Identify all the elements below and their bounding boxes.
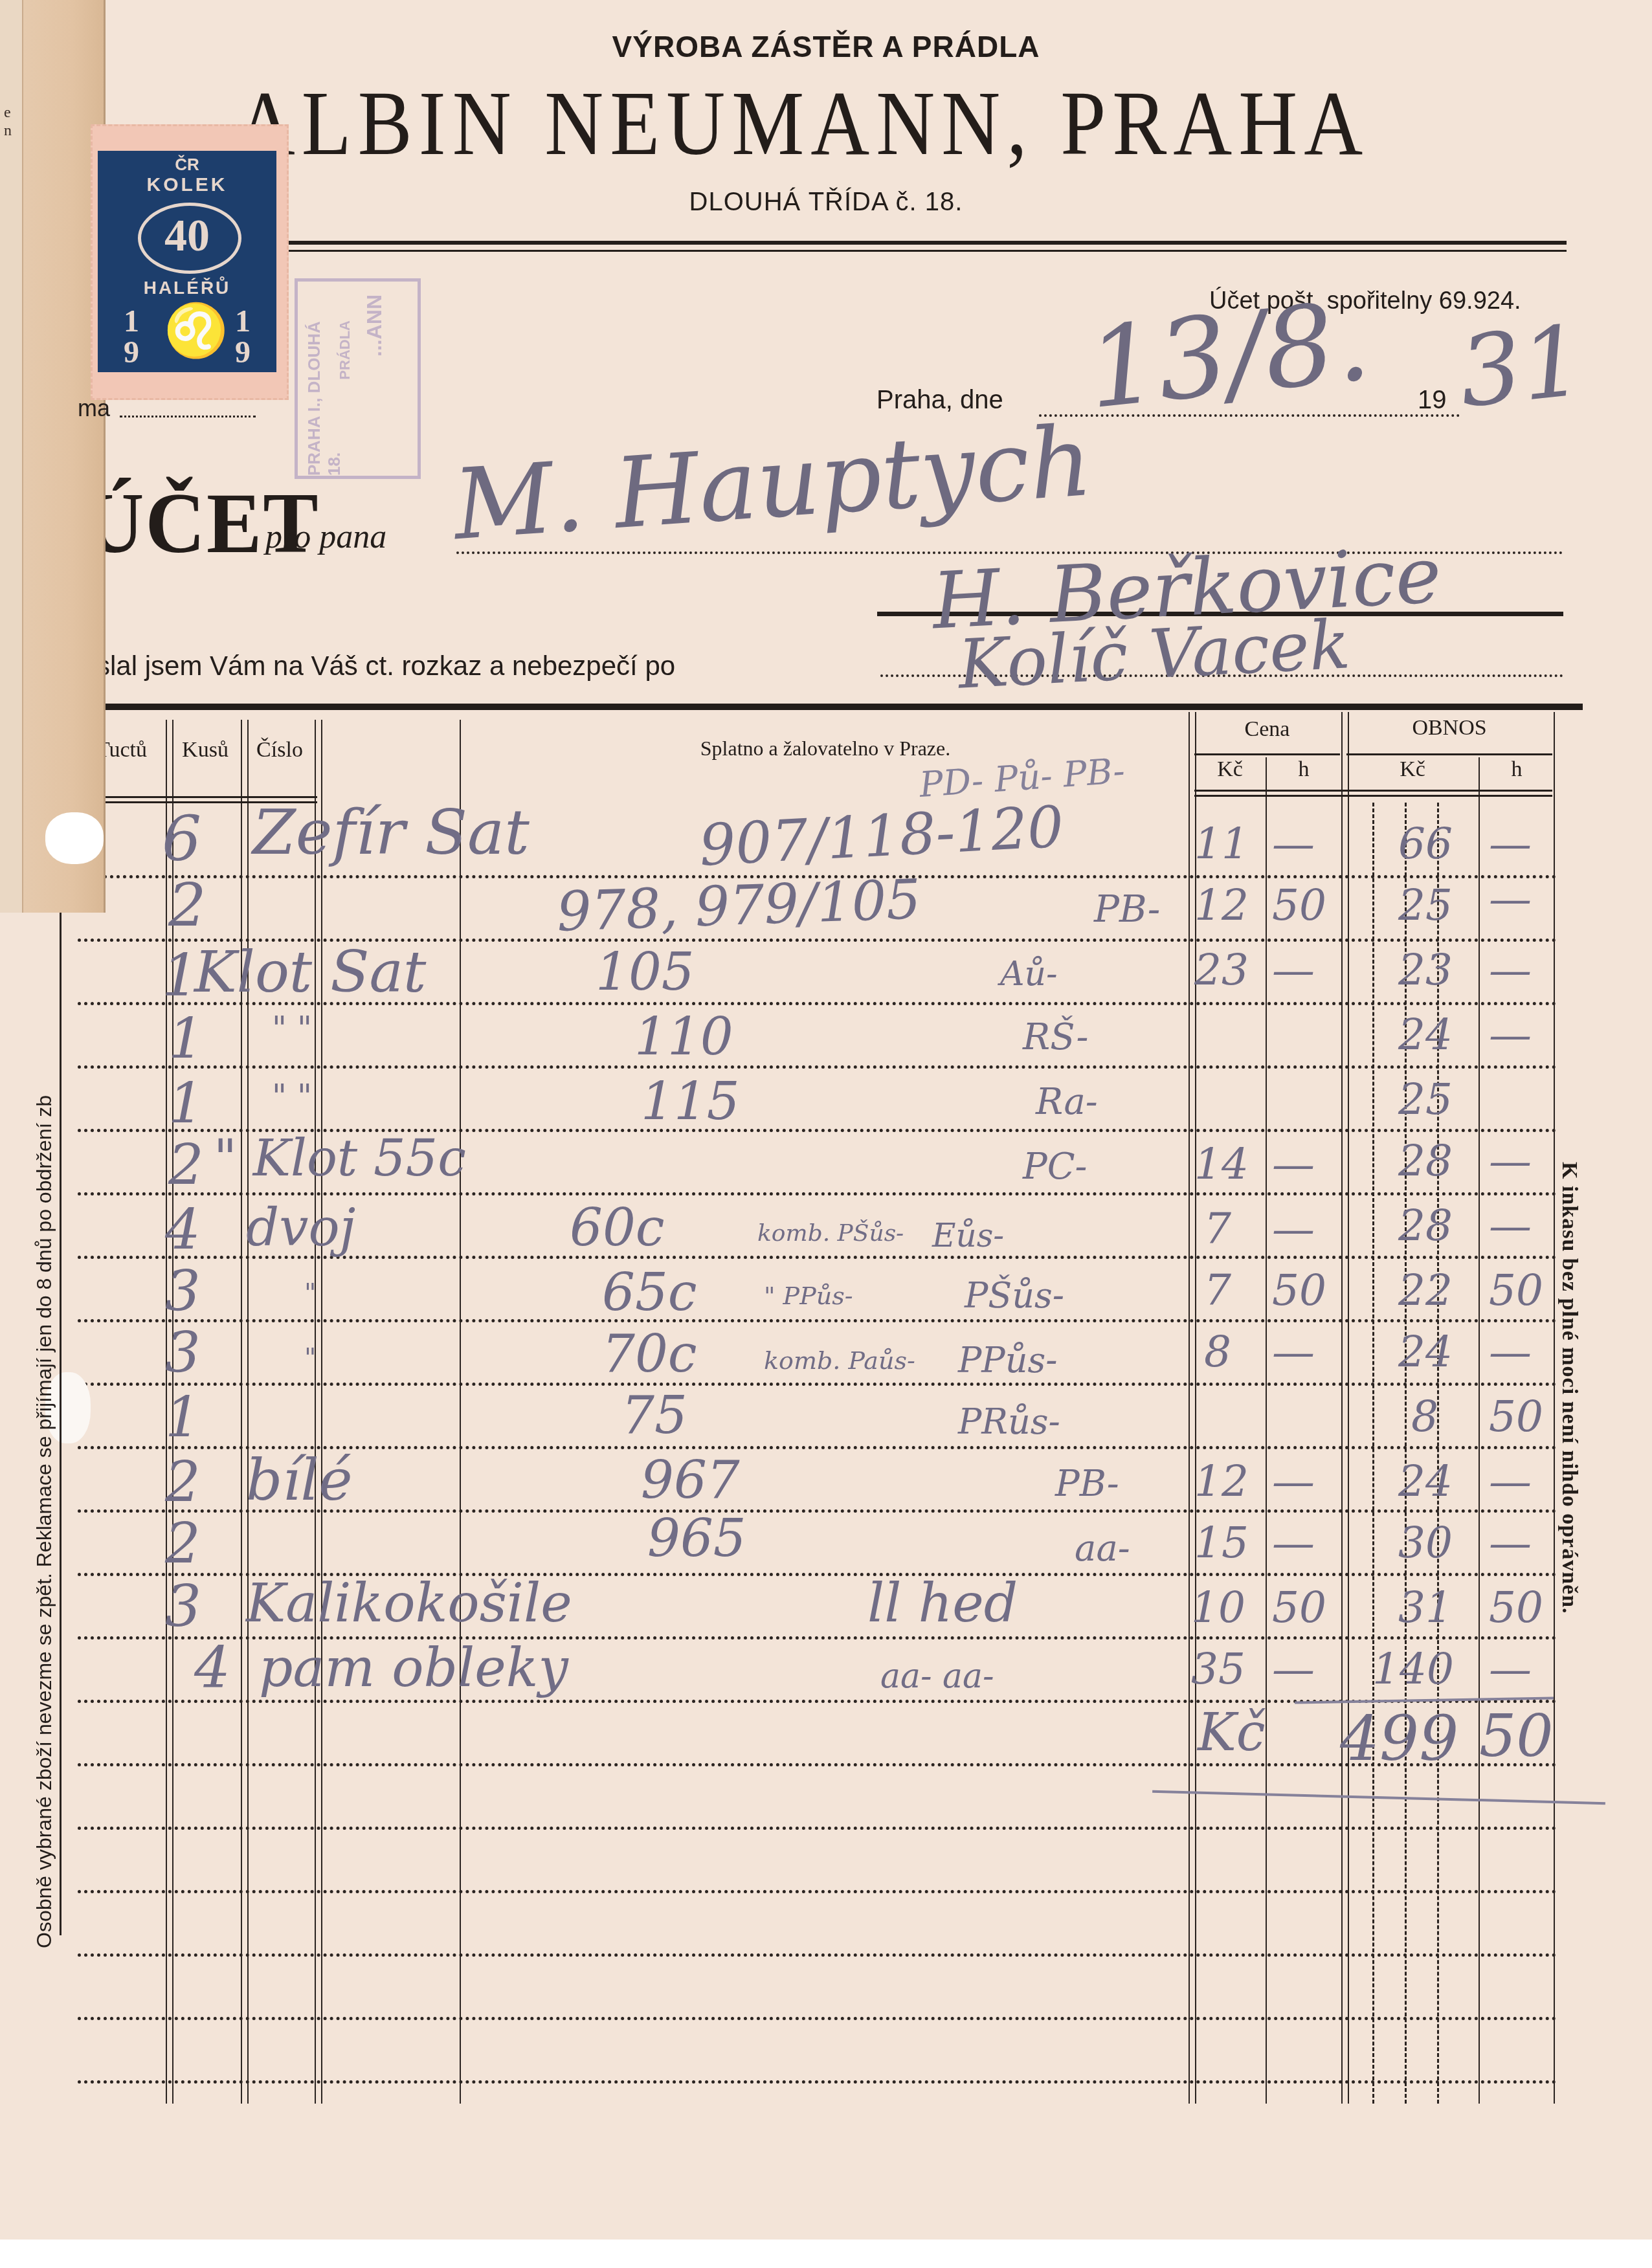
row-price-kc: 10	[1191, 1583, 1245, 1632]
row-price-kc: 12	[1194, 1456, 1249, 1506]
row-price-kc: 15	[1194, 1518, 1249, 1568]
row-code: PPůs-	[958, 1340, 1057, 1381]
row-total-h: —	[1489, 819, 1532, 869]
row-qty: 1	[168, 1006, 204, 1071]
header-cena: Cena	[1194, 717, 1340, 742]
header-cena-h: h	[1267, 757, 1340, 782]
row-qty: 3	[165, 1573, 201, 1640]
row-code: PŠůs-	[965, 1275, 1064, 1316]
row-total-h: —	[1489, 1456, 1532, 1506]
rubber-stamp: ...ANN PRÁDLA PRAHA I., DLOUHÁ 18.	[295, 278, 421, 479]
company-name: ALBIN NEUMANN, PRAHA	[155, 72, 1450, 176]
row-line	[78, 1763, 1557, 1766]
row-qty: 1	[165, 1385, 201, 1450]
row-total-h: —	[1489, 874, 1532, 924]
row-number: 70c	[602, 1324, 697, 1384]
shipping-label: Zaslal jsem Vám na Váš ct. rozkaz a nebe…	[65, 650, 675, 682]
row-price-h: —	[1272, 1518, 1315, 1568]
obnos-dash-2	[1405, 803, 1407, 2104]
header-obnos-h: h	[1481, 757, 1552, 782]
kc-h-subrule	[1194, 790, 1552, 792]
total-label: Kč	[1198, 1702, 1266, 1762]
row-total-kc: 25	[1398, 880, 1453, 930]
collection-notice: K inkasu bez plné moci není nihdo oprávn…	[1557, 1162, 1581, 1614]
row-total-h: —	[1489, 945, 1532, 995]
row-number: 60c	[570, 1197, 665, 1258]
rubber-stamp-line3: PRAHA I., DLOUHÁ 18.	[304, 295, 344, 476]
row-total-kc: 66	[1398, 819, 1453, 869]
row-total-h: 50	[1489, 1583, 1543, 1632]
row-line	[78, 1827, 1557, 1830]
row-qty: 2	[165, 1450, 201, 1515]
rubber-stamp-line1: ...ANN	[363, 295, 386, 357]
row-number: 105	[596, 942, 695, 1002]
row-number: 75	[621, 1385, 687, 1445]
row-total-h: —	[1489, 1136, 1532, 1186]
return-policy-notice: Osobně vybrané zboží nevezme se zpět. Re…	[32, 906, 56, 1948]
row-item: bílé	[246, 1447, 353, 1513]
row-total-kc: 25	[1398, 1074, 1453, 1124]
header-cislo: Číslo	[245, 738, 315, 762]
row-total-kc: 8	[1411, 1392, 1438, 1441]
row-price-h: —	[1272, 819, 1315, 869]
row-line	[78, 1319, 1557, 1322]
row-code: PRůs-	[958, 1401, 1060, 1442]
row-price-h: 50	[1272, 1583, 1326, 1632]
row-code: PC-	[1023, 1146, 1087, 1188]
row-price-kc: 35	[1191, 1644, 1245, 1694]
row-code2: " PPůs-	[764, 1282, 853, 1310]
header-kusu: Kusů	[170, 738, 241, 762]
row-price-kc: 12	[1194, 880, 1249, 930]
row-line	[78, 2080, 1557, 2084]
col-divider-narrow	[460, 720, 461, 2104]
year-prefix: 19	[1418, 386, 1447, 415]
row-qty: 4	[165, 1197, 201, 1262]
revenue-stamp-face: ČR KOLEK 40 HALÉŘŮ 1 9 ♌ 1 9	[98, 151, 276, 372]
row-item: Klot Sat	[194, 939, 426, 1005]
cena-subrule	[1194, 753, 1340, 755]
obnos-dash-1	[1372, 803, 1374, 2104]
letterhead-rule-thick	[285, 241, 1567, 245]
col-divider-obnos-h	[1479, 757, 1480, 2104]
stamp-year-right: 1 9	[235, 306, 251, 368]
row-price-h: 50	[1272, 1265, 1326, 1315]
total-kc: 499	[1340, 1702, 1458, 1775]
row-price-h: —	[1272, 1204, 1315, 1254]
recipient-label: pro pana	[265, 518, 386, 556]
row-qty: 3	[165, 1259, 201, 1324]
row-price-kc: 14	[1194, 1139, 1249, 1189]
letterhead-rule-thin	[285, 250, 1567, 252]
binding-dotted-line	[120, 416, 256, 417]
row-item: dvoj	[246, 1197, 355, 1258]
row-code: RŠ-	[1023, 1016, 1089, 1058]
row-qty: 2	[168, 871, 206, 940]
row-number: 115	[641, 1071, 740, 1131]
row-total-kc: 23	[1398, 945, 1453, 995]
header-cena-kc: Kč	[1194, 757, 1266, 782]
row-item: " Klot 55c	[214, 1129, 466, 1188]
row-total-h: 50	[1489, 1265, 1543, 1315]
header-obnos: OBNOS	[1346, 716, 1552, 740]
stamp-value: 40	[98, 210, 276, 262]
row-qty: 2	[168, 1133, 204, 1197]
row-total-kc: 31	[1398, 1583, 1453, 1632]
year-handwritten: 31	[1454, 305, 1589, 430]
row-item: Kalikokošile	[246, 1573, 572, 1634]
left-margin-line	[60, 913, 61, 1935]
stamp-country: ČR	[98, 155, 276, 175]
row-code: PB-	[1094, 887, 1160, 931]
row-total-kc: 30	[1398, 1518, 1453, 1568]
row-line	[78, 2017, 1557, 2020]
row-number: 965	[647, 1508, 746, 1568]
row-qty: 4	[194, 1634, 230, 1701]
total-h: 50	[1479, 1702, 1554, 1770]
row-item: "	[304, 1278, 316, 1308]
row-price-h: —	[1272, 1644, 1315, 1694]
col-divider-cislo	[315, 720, 322, 2104]
row-total-kc: 28	[1398, 1201, 1453, 1251]
row-total-h: —	[1489, 1327, 1532, 1377]
row-qty: 3	[165, 1320, 201, 1385]
row-code2: komb. PŠůs-	[757, 1220, 904, 1247]
row-price-h: —	[1272, 1327, 1315, 1377]
row-number: 110	[634, 1006, 733, 1067]
row-code: Ra-	[1036, 1081, 1098, 1123]
row-code: Aů-	[1000, 955, 1058, 994]
row-item: " "	[272, 1010, 312, 1047]
obnos-subrule	[1346, 753, 1552, 755]
row-total-h: —	[1489, 1518, 1532, 1568]
row-price-kc: 7	[1204, 1265, 1231, 1315]
row-code: PB-	[1055, 1463, 1119, 1505]
row-price-h: —	[1272, 1139, 1315, 1189]
tear-hole-top	[45, 812, 104, 864]
col-divider-kusu	[241, 720, 249, 2104]
lion-icon: ♌	[164, 305, 229, 357]
stamp-currency: HALÉŘŮ	[98, 278, 276, 298]
row-line	[78, 1065, 1557, 1069]
row-item: Zefír Sat	[252, 796, 530, 869]
row-qty: 2	[165, 1511, 201, 1576]
row-total-kc: 28	[1398, 1136, 1453, 1186]
row-item: pam obleky	[259, 1638, 568, 1699]
stamp-label: KOLEK	[98, 174, 276, 196]
row-total-h: —	[1489, 1644, 1532, 1694]
row-item: "	[304, 1343, 316, 1373]
row-line	[78, 1383, 1557, 1386]
row-code: aa-	[1075, 1528, 1130, 1570]
row-code: Eůs-	[932, 1217, 1004, 1254]
date-label: Praha, dne	[876, 386, 1003, 415]
kc-h-subrule-2	[1194, 795, 1552, 797]
header-obnos-kc: Kč	[1346, 757, 1479, 782]
row-line	[78, 1890, 1557, 1893]
row-total-h: —	[1489, 1010, 1532, 1060]
row-total-kc: 24	[1398, 1327, 1453, 1377]
row-code2: komb. Paůs-	[764, 1346, 915, 1375]
row-number: 967	[641, 1450, 740, 1510]
row-qty: 1	[162, 942, 199, 1010]
col-divider-cena-obnos	[1341, 712, 1349, 2104]
row-total-kc: 22	[1398, 1265, 1453, 1315]
row-price-h: 50	[1272, 880, 1326, 930]
row-line	[78, 1953, 1557, 1957]
row-qty: 6	[162, 803, 201, 875]
col-divider-cena-h	[1266, 757, 1267, 2104]
table-top-bar	[78, 704, 1583, 710]
row-item: " "	[272, 1078, 312, 1115]
row-total-kc: 24	[1398, 1010, 1453, 1060]
row-price-kc: 7	[1204, 1204, 1231, 1254]
row-total-kc: 140	[1372, 1644, 1454, 1694]
row-total-kc: 24	[1398, 1456, 1453, 1506]
row-price-h: —	[1272, 945, 1315, 995]
row-number: 978, 979/105	[555, 867, 922, 944]
row-total-h: —	[1489, 1201, 1532, 1251]
row-code: aa- aa-	[880, 1657, 994, 1696]
row-price-h: —	[1272, 1456, 1315, 1506]
revenue-stamp: ČR KOLEK 40 HALÉŘŮ 1 9 ♌ 1 9	[91, 124, 289, 400]
binding-fragment: e n	[4, 104, 12, 140]
col-divider-right	[1554, 712, 1555, 2104]
stamp-year-left: 1 9	[124, 306, 139, 368]
row-total-h: 50	[1489, 1392, 1543, 1441]
row-price-kc: 23	[1194, 945, 1249, 995]
obnos-dash-3	[1437, 803, 1439, 2104]
row-number: ll hed	[867, 1573, 1018, 1634]
row-number: 65c	[602, 1262, 697, 1322]
row-qty: 1	[168, 1071, 204, 1136]
row-line	[78, 1192, 1557, 1195]
row-price-kc: 8	[1204, 1327, 1231, 1377]
letterhead-tagline: VÝROBA ZÁSTĚR A PRÁDLA	[0, 29, 1652, 64]
row-price-kc: 11	[1194, 819, 1249, 869]
